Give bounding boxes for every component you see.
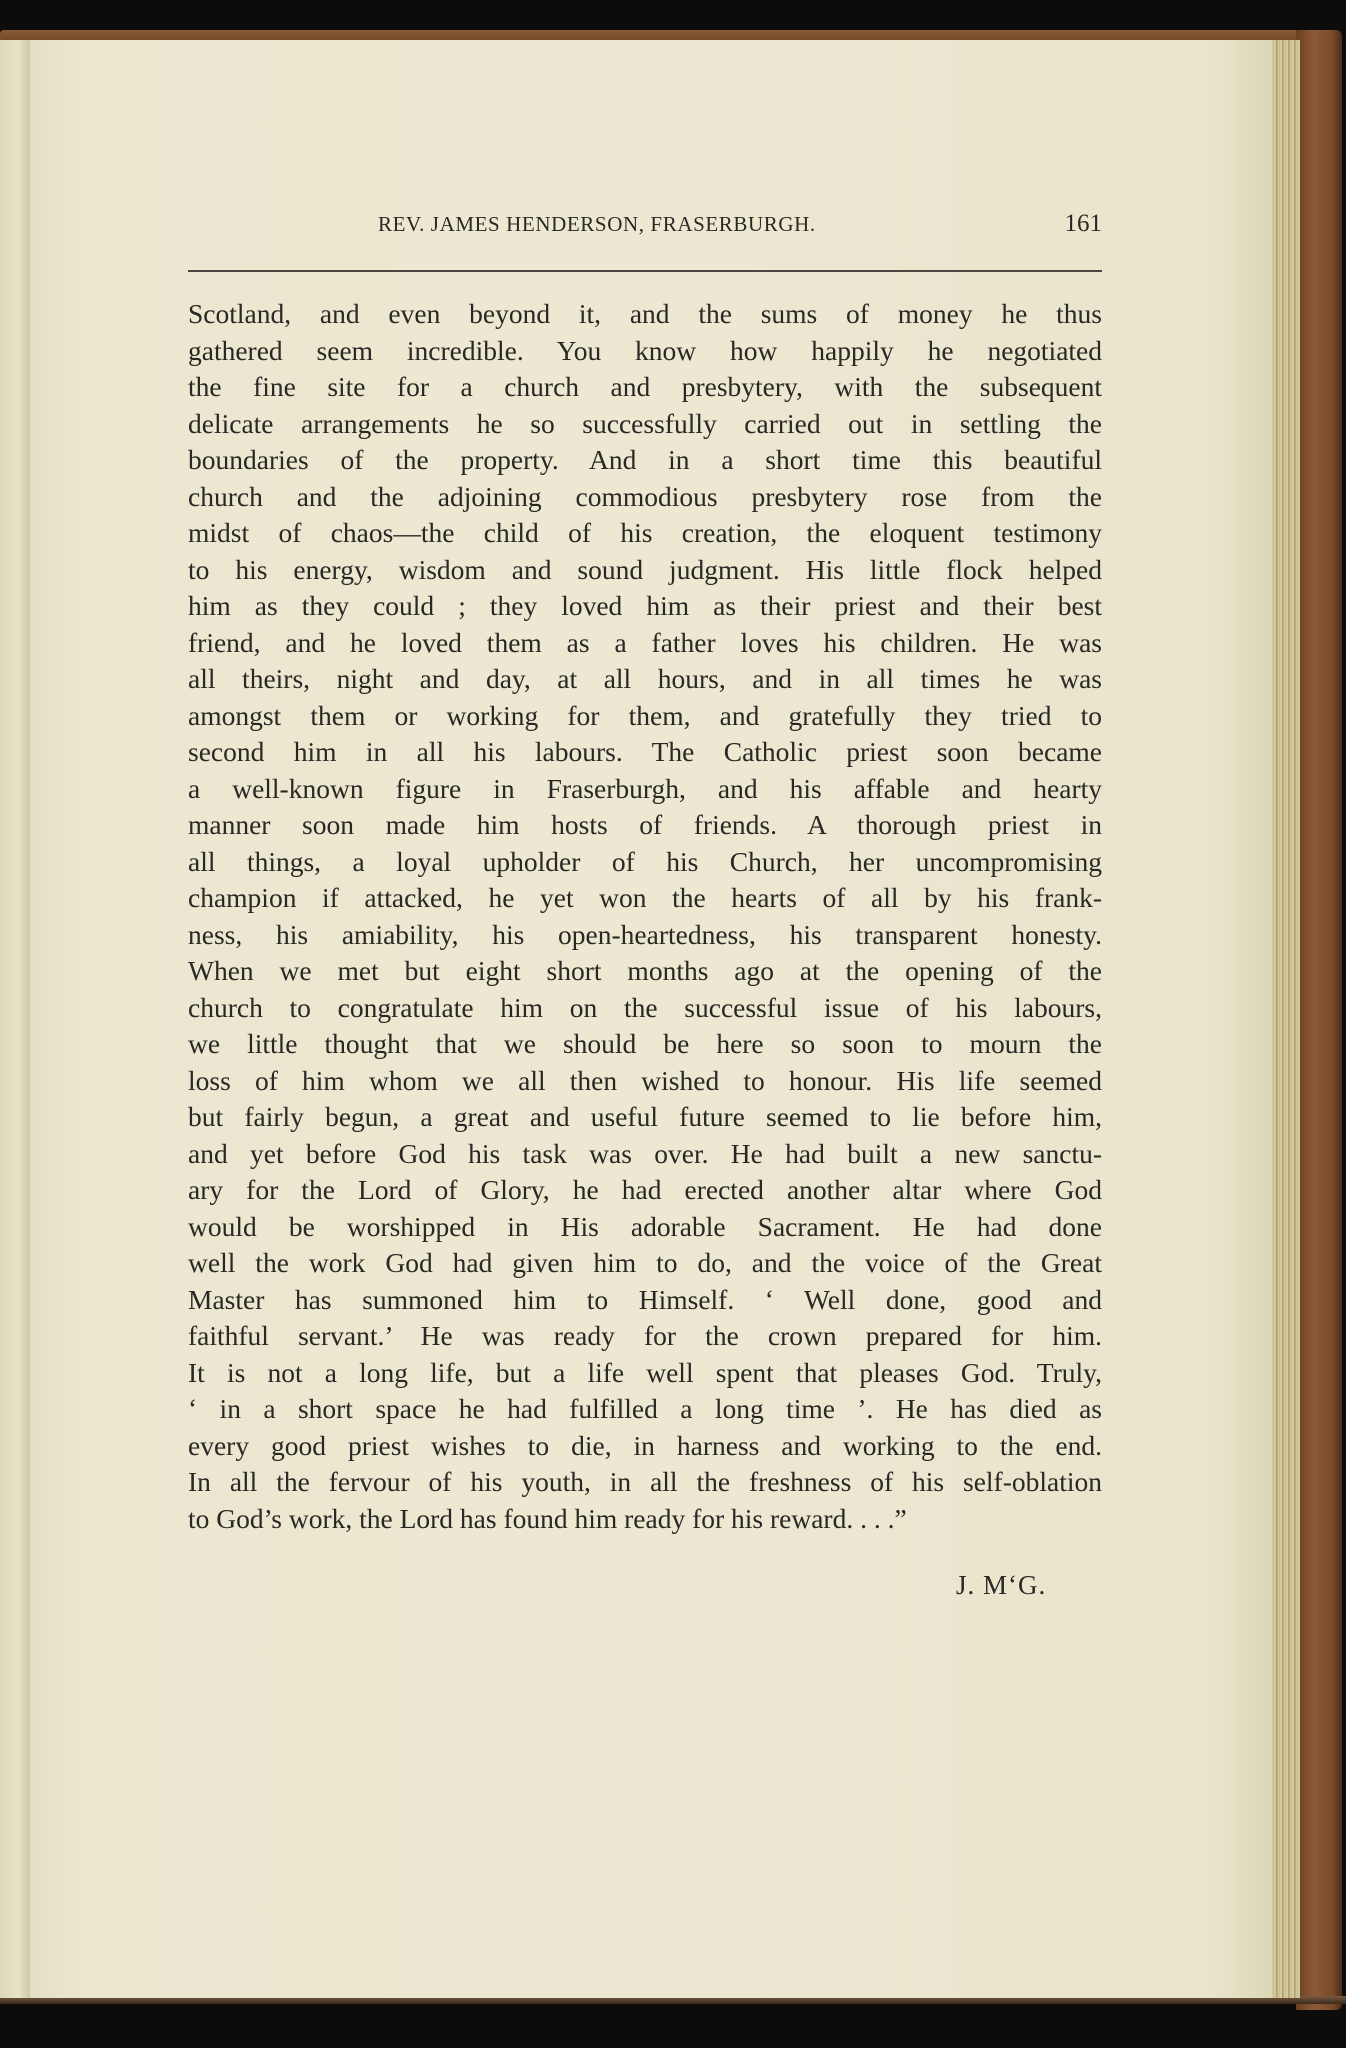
text-line: the fine site for a church and presbyter… (188, 369, 1102, 406)
text-line: delicate arrangements he so successfully… (188, 406, 1102, 443)
page-number: 161 (1065, 210, 1103, 238)
text-line: church to congratulate him on the succes… (188, 990, 1102, 1027)
text-line: to his energy, wisdom and sound judgment… (188, 552, 1102, 589)
text-line: loss of him whom we all then wished to h… (188, 1063, 1102, 1100)
body-text: Scotland, and even beyond it, and the su… (188, 296, 1102, 1537)
text-line: friend, and he loved them as a father lo… (188, 625, 1102, 662)
text-line: manner soon made him hosts of friends. A… (188, 807, 1102, 844)
text-line: a well-known figure in Fraserburgh, and … (188, 771, 1102, 808)
text-line: ness, his amiability, his open-heartedne… (188, 917, 1102, 954)
text-line: When we met but eight short months ago a… (188, 953, 1102, 990)
header-rule (188, 270, 1102, 272)
text-line: we little thought that we should be here… (188, 1026, 1102, 1063)
text-line: would be worshipped in His adorable Sacr… (188, 1209, 1102, 1246)
text-line: to God’s work, the Lord has found him re… (188, 1501, 1102, 1538)
text-line: all things, a loyal upholder of his Chur… (188, 844, 1102, 881)
text-line: ary for the Lord of Glory, he had erecte… (188, 1172, 1102, 1209)
text-line: and yet before God his task was over. He… (188, 1136, 1102, 1173)
margin-mark (48, 350, 54, 362)
previous-page-gutter (0, 40, 30, 1998)
signature: J. M‘G. (956, 1570, 1046, 1601)
text-line: every good priest wishes to die, in harn… (188, 1428, 1102, 1465)
text-line: champion if attacked, he yet won the hea… (188, 880, 1102, 917)
book-cover-right-edge (1296, 30, 1342, 2010)
text-line: well the work God had given him to do, a… (188, 1245, 1102, 1282)
text-line: second him in all his labours. The Catho… (188, 734, 1102, 771)
text-line: amongst them or working for them, and gr… (188, 698, 1102, 735)
text-line: faithful servant.’ He was ready for the … (188, 1318, 1102, 1355)
text-line: all theirs, night and day, at all hours,… (188, 661, 1102, 698)
text-line: him as they could ; they loved him as th… (188, 588, 1102, 625)
text-line: but fairly begun, a great and useful fut… (188, 1099, 1102, 1136)
text-line: gathered seem incredible. You know how h… (188, 333, 1102, 370)
running-head: REV. JAMES HENDERSON, FRASERBURGH. 161 (188, 208, 1102, 244)
page-leaves-edge (1272, 40, 1300, 1998)
text-line: boundaries of the property. And in a sho… (188, 442, 1102, 479)
text-line: church and the adjoining commodious pres… (188, 479, 1102, 516)
text-line: midst of chaos—the child of his creation… (188, 515, 1102, 552)
running-title: REV. JAMES HENDERSON, FRASERBURGH. (378, 212, 816, 237)
text-line: It is not a long life, but a life well s… (188, 1355, 1102, 1392)
text-line: In all the fervour of his youth, in all … (188, 1464, 1102, 1501)
book-page: REV. JAMES HENDERSON, FRASERBURGH. 161 S… (30, 40, 1272, 1998)
text-line: Scotland, and even beyond it, and the su… (188, 296, 1102, 333)
text-line: Master has summoned him to Himself. ‘ We… (188, 1282, 1102, 1319)
text-line: ‘ in a short space he had fulfilled a lo… (188, 1391, 1102, 1428)
